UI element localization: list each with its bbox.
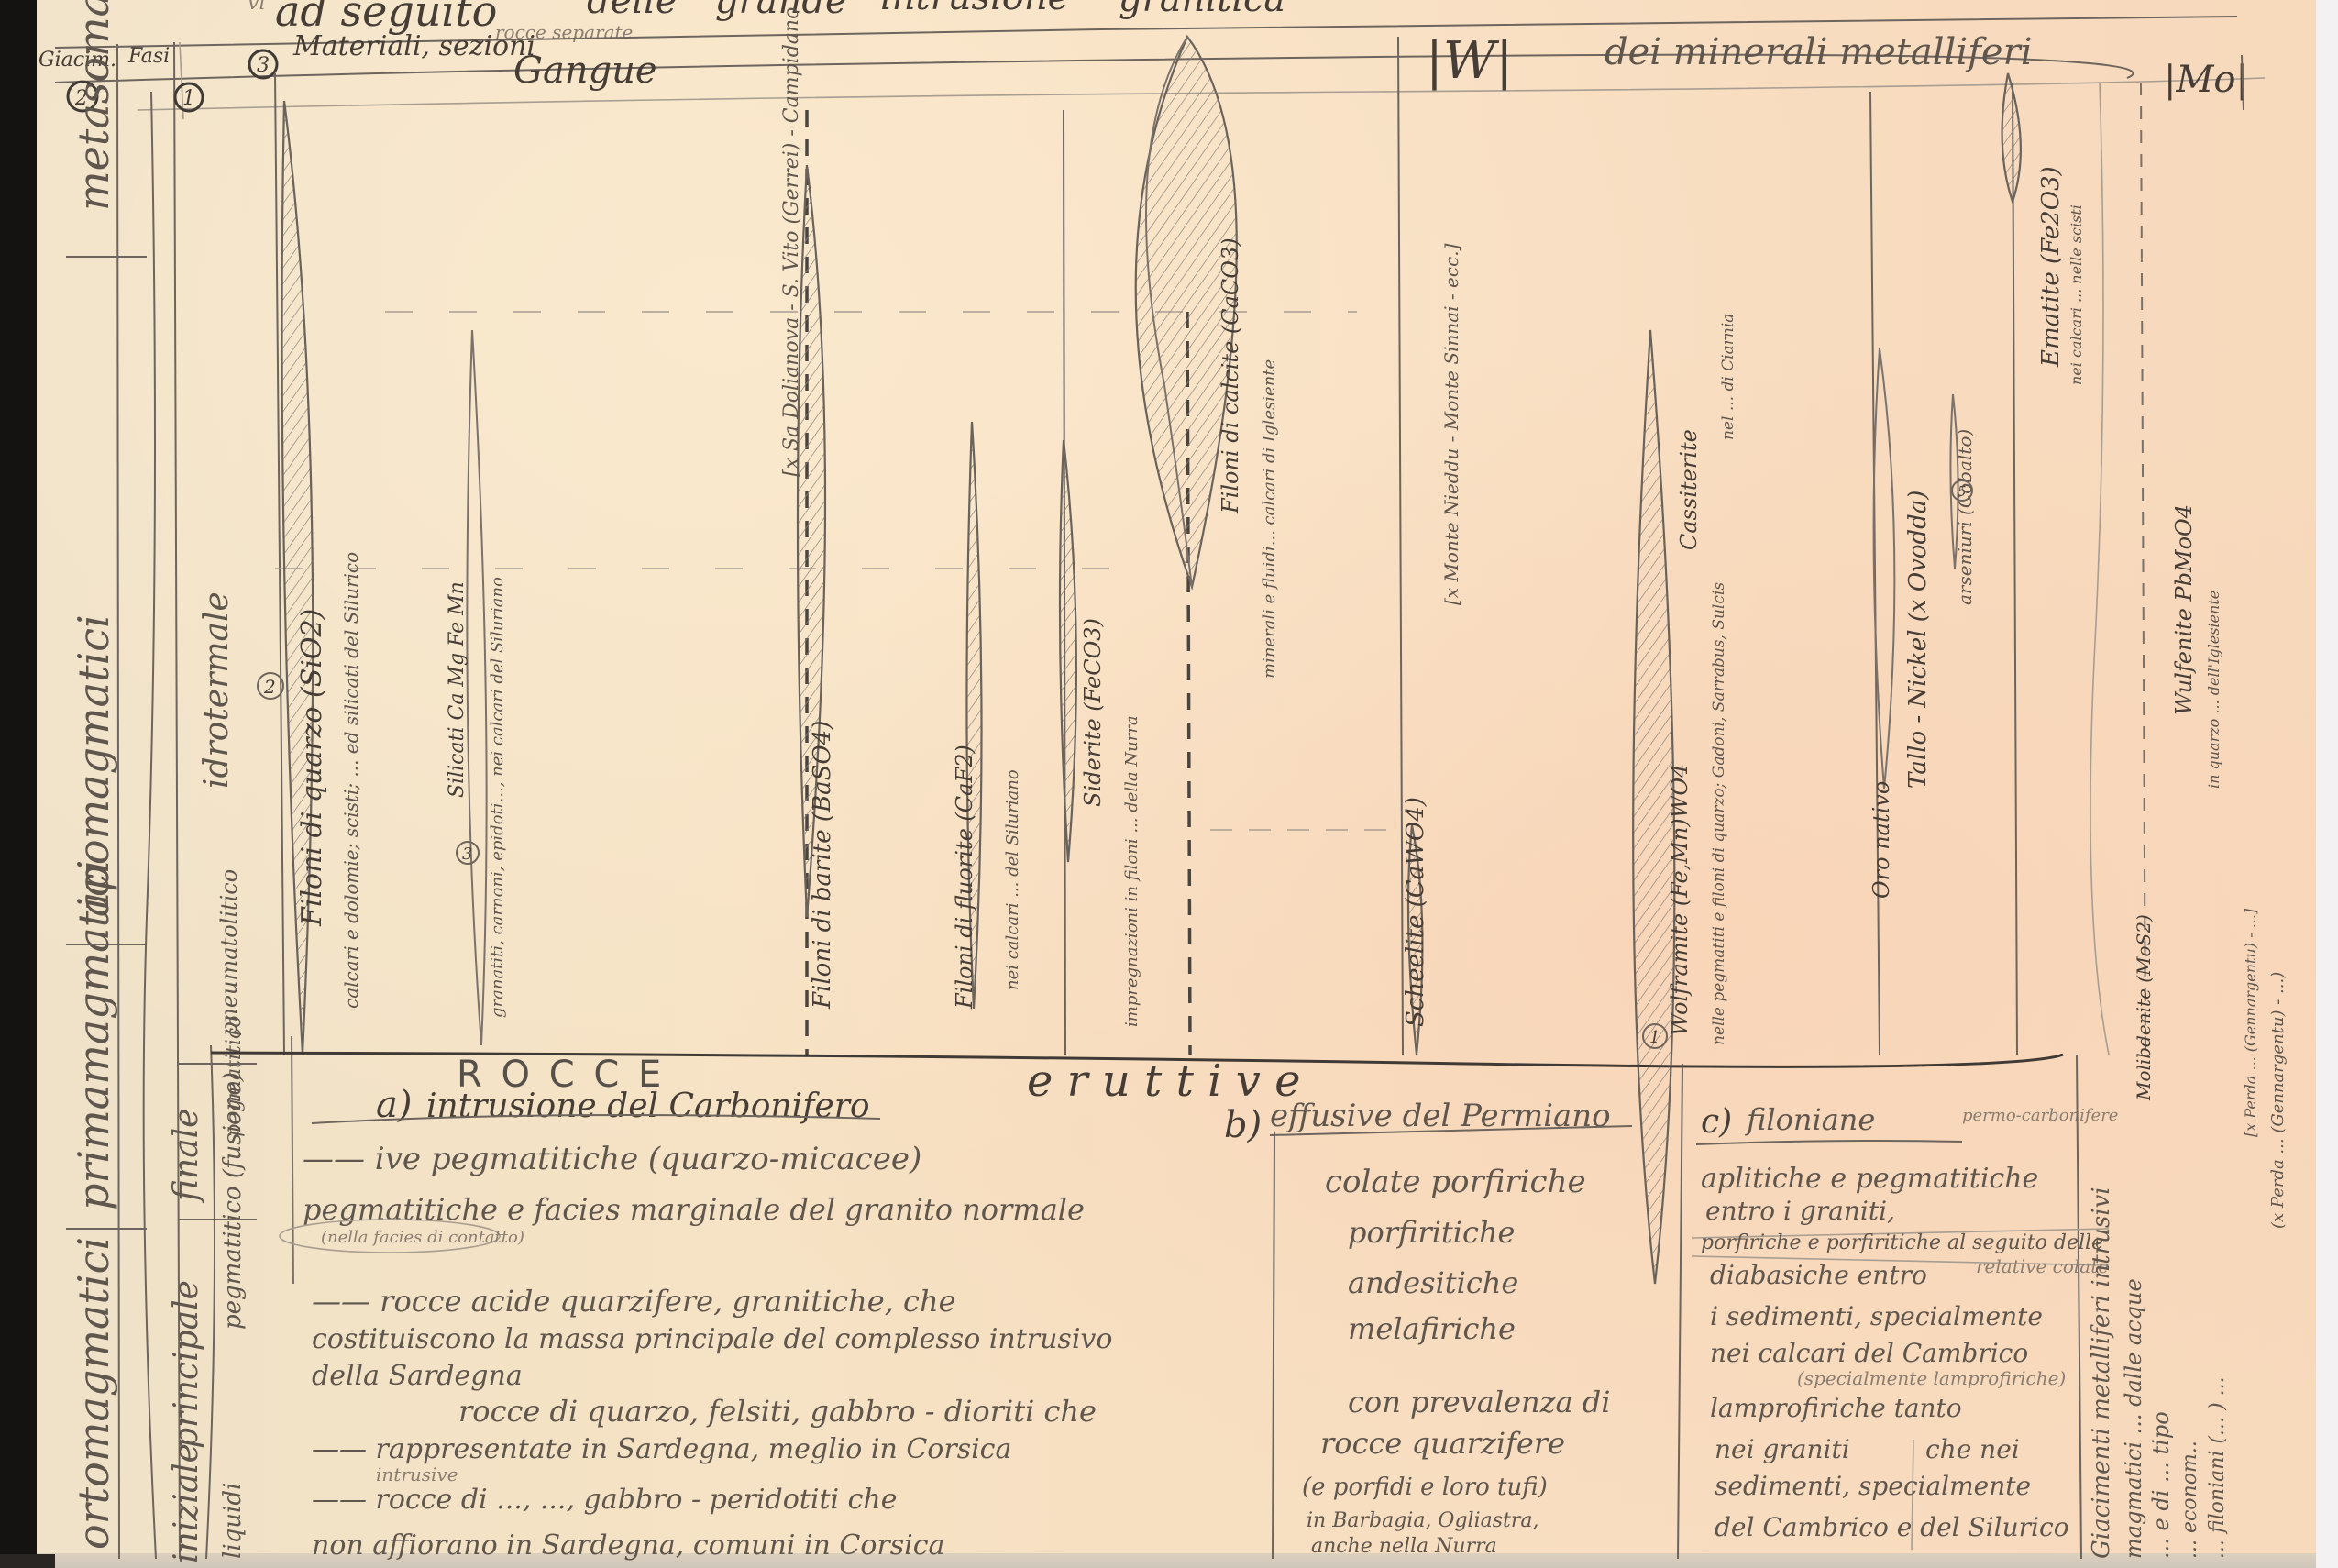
section-b-line: andesitiche: [1348, 1265, 1518, 1300]
section-a-line: della Sardegna: [312, 1360, 523, 1392]
category-ortomagmatici: ortomagmatici: [69, 1237, 118, 1550]
column-divider-wavy: [144, 92, 156, 1559]
section-c-line: nei graniti: [1715, 1434, 1850, 1464]
grid-line: [2013, 83, 2017, 1055]
phase-pegmatitico-fusione: pegmatitico (fusione): [219, 1072, 247, 1330]
section-b-line: (e porfidi e loro tufi): [1302, 1474, 1548, 1501]
mineral-note-cassiterite: nel ... di Ciarnia: [1719, 314, 1737, 440]
title-text-intrusione: intrusione: [880, 0, 1069, 18]
mineral-title-silicati: Silicati Ca Mg Fe Mn: [446, 581, 469, 798]
section-c-line: i sedimenti, specialmente: [1710, 1301, 2043, 1331]
mineral-title-quarzo: Filoni di quarzo (SiO2): [296, 609, 328, 927]
section-c-line: lamprofiriche tanto: [1710, 1393, 1962, 1423]
section-c-frame: [1678, 1064, 1682, 1559]
mineral-title-wolframite: Wolframite (Fe,Mn)WO4: [1667, 764, 1693, 1036]
mineral-title-oro: Oro nativo: [1869, 781, 1894, 899]
section-c-filoniane: c) filoniane permo-carbonifere aplitiche…: [1678, 1055, 2118, 1559]
phase-pneumatolitico: pneumatolitico: [216, 869, 242, 1036]
right-note-line: (x Perda ... (Gennargentu) - ...): [2268, 972, 2288, 1229]
mineral-note-silicati: granatiti, carnoni, epidoti..., nei calc…: [488, 577, 507, 1018]
grid-dashed-line-3: [2141, 83, 2145, 1055]
title-text-vi: vi: [248, 0, 265, 15]
grid-line: [1870, 92, 1880, 1055]
section-a-line: rocce di quarzo, felsiti, gabbro - diori…: [458, 1394, 1097, 1429]
section-b-line: con prevalenza di: [1348, 1385, 1610, 1419]
header-tungsten-W: |W|: [1426, 31, 1513, 91]
section-a-line: non affiorano in Sardegna, comuni in Cor…: [312, 1529, 944, 1562]
section-b-line: porfiritiche: [1348, 1215, 1515, 1250]
section-c-line: porfiriche e porfiritiche al seguito del…: [1701, 1231, 2103, 1254]
right-note-line: ... e di ... tipo: [2148, 1411, 2174, 1559]
section-c-title-side: permo-carbonifere: [1962, 1106, 2118, 1125]
mineral-title-molibdenite: Molibdenite (MoS2): [2133, 914, 2155, 1101]
manuscript-drawing: ad seguito vi delle grande intrusione gr…: [0, 0, 2338, 1568]
lens-ematite: [2002, 73, 2021, 202]
circle-label-wolframite: 1: [1649, 1028, 1660, 1047]
mineral-title-siderite: Siderite (FeCO3): [1080, 618, 1106, 807]
section-a-title: intrusione del Carbonifero: [426, 1088, 870, 1125]
mineral-column-notes: Filoni di quarzo (SiO2) calcari e dolomi…: [258, 0, 2259, 1137]
mineral-title-wulfenite: Wulfenite PbMoO4: [2171, 504, 2197, 715]
section-a-line: (nella facies di contatto): [321, 1228, 524, 1247]
right-note-line: ... econom..: [2178, 1441, 2201, 1559]
category-metasomatici: metasomatici: [69, 0, 118, 211]
mineral-note-quarzo: calcari e dolomie; scisti; ... ed silica…: [340, 552, 362, 1009]
mineral-title-calcite: Filoni di calcite (CaCO3): [1218, 237, 1243, 514]
section-c-line: (specialmente lamprofiriche): [1797, 1367, 2066, 1389]
mineral-title-ematite: Ematite (Fe2O3): [2037, 166, 2065, 368]
mineral-note-tallo: arseniuri (Cobalto): [1954, 429, 1976, 605]
section-c-line: aplitiche e pegmatitiche: [1701, 1163, 2038, 1195]
section-a-line: —— rappresentate in Sardegna, meglio in …: [312, 1433, 1011, 1465]
section-a-intrusive: a) intrusione del Carbonifero —— ive peg…: [280, 1084, 1112, 1562]
section-a-line: pegmatitiche e facies marginale del gran…: [303, 1192, 1085, 1227]
mineral-title-tallo: Tallo - Nickel (x Ovodda): [1904, 491, 1932, 789]
mineral-note-fluorite: nei calcari ... del Siluriano: [1003, 769, 1022, 990]
section-b-line: colate porfiriche: [1325, 1164, 1586, 1200]
header-molybdenum-Mo: |Mo|: [2164, 59, 2248, 101]
mineral-title-barite: Filoni di barite (BaSO4): [809, 721, 836, 1010]
section-a-line: costituiscono la massa principale del co…: [312, 1323, 1112, 1355]
title-text-granitica: granitica: [1119, 0, 1285, 20]
mineral-note-scheelite: [x Monte Nieddu - Monte Sinnai - ecc.]: [1440, 243, 1462, 605]
section-b-frame: [1273, 1132, 1274, 1559]
section-b-line: melafiriche: [1348, 1311, 1516, 1346]
mineral-note-wolframite: nelle pegmatiti e filoni di quarzo; Gado…: [1710, 582, 1728, 1045]
lens-silicati: [467, 330, 486, 1045]
section-c-line: sedimenti, specialmente: [1715, 1471, 2031, 1501]
section-b-line: rocce quarzifere: [1320, 1426, 1565, 1461]
mineral-note-calcite: minerali e fluidi... calcari di Iglesien…: [1260, 359, 1279, 679]
grid-wavy-line: [2090, 83, 2109, 1055]
left-category-columns: metasomatici apomagmatici primamagmatici…: [66, 0, 257, 1563]
phase-iniziale: iniziale: [168, 1443, 205, 1563]
mineral-note-siderite: impregnazioni in filoni ... della Nurra: [1122, 715, 1141, 1027]
section-a-line: —— ive pegmatitiche (quarzo-micacee): [303, 1141, 921, 1177]
right-note-line: Giacimenti metalliferi intrusivi: [2088, 1187, 2115, 1559]
section-c-line: diabasiche entro: [1710, 1260, 1927, 1290]
mineral-title-fluorite: Filoni di fluorite (CaF2): [952, 745, 977, 1010]
mineral-title-scheelite: Scheelite (CaWO4): [1402, 797, 1429, 1027]
mineral-note-barite: [x Sa Dolianova - S. Vito (Gerrei) - Cam…: [780, 0, 803, 477]
section-b-line: anche nella Nurra: [1311, 1535, 1497, 1558]
section-c-label: c): [1701, 1103, 1732, 1141]
section-c-underline: [1696, 1141, 1962, 1144]
header-gangue: Gangue: [513, 50, 657, 92]
section-c-line: nei calcari del Cambrico: [1710, 1338, 2028, 1368]
circle-label-1: 1: [182, 87, 195, 110]
mineral-note-molibdenite: [x Perda ... (Gennargentu) - ...]: [2242, 908, 2259, 1137]
section-a-note: intrusive: [376, 1463, 458, 1485]
mineral-title-cassiterite: Cassiterite: [1676, 429, 1702, 550]
mineral-note-ematite: nei calcari ... nelle scisti: [2068, 204, 2085, 385]
section-b-label: b): [1224, 1104, 1262, 1146]
band-eruttive: e r u t t i v e: [1027, 1055, 1301, 1107]
section-a-line: —— rocce acide quarzifere, granitiche, c…: [312, 1284, 956, 1319]
circle-label-silicati: 3: [462, 845, 472, 864]
circle-label-3: 3: [257, 54, 270, 77]
header-fasi: Fasi: [127, 45, 170, 68]
lens-quarzo-tail: [292, 1036, 293, 1284]
mineral-note-wulfenite: in quarzo ... dell'Iglesiente: [2205, 591, 2222, 789]
section-c-title: filoniane: [1745, 1102, 1875, 1137]
title-text-delle: delle: [587, 0, 678, 22]
header-minerali-metalliferi: dei minerali metalliferi: [1605, 31, 2033, 73]
category-primamagmatici: primamagmatici: [69, 860, 118, 1210]
phase-liquidi: liquidi: [219, 1483, 247, 1559]
phase-finale: finale: [168, 1109, 205, 1204]
section-a-line: —— rocce di ..., ..., gabbro - peridotit…: [312, 1484, 898, 1516]
phase-idrotermale: idrotermale: [198, 591, 236, 789]
section-b-effusive: b) effusive del Permiano colate porfiric…: [1224, 1098, 1632, 1559]
section-b-line: in Barbagia, Ogliastra,: [1307, 1509, 1538, 1532]
right-note-line: ... filoniani (... ) ...: [2206, 1376, 2229, 1559]
section-c-line: del Cambrico e del Silurico: [1715, 1512, 2069, 1542]
section-c-line: entro i graniti,: [1705, 1196, 1895, 1226]
right-note-line: magmatici ... dalle acque: [2121, 1278, 2146, 1559]
section-c-line: che nei: [1925, 1434, 2020, 1464]
lens-siderite: [1060, 440, 1076, 862]
circle-label-quarzo: 2: [263, 676, 276, 698]
header-materiali: Materiali, sezioni: [292, 30, 535, 62]
phase-principale: principale: [168, 1280, 205, 1449]
column-divider-wavy: [206, 1045, 215, 1559]
section-c-frame-right: [2077, 1055, 2081, 1559]
